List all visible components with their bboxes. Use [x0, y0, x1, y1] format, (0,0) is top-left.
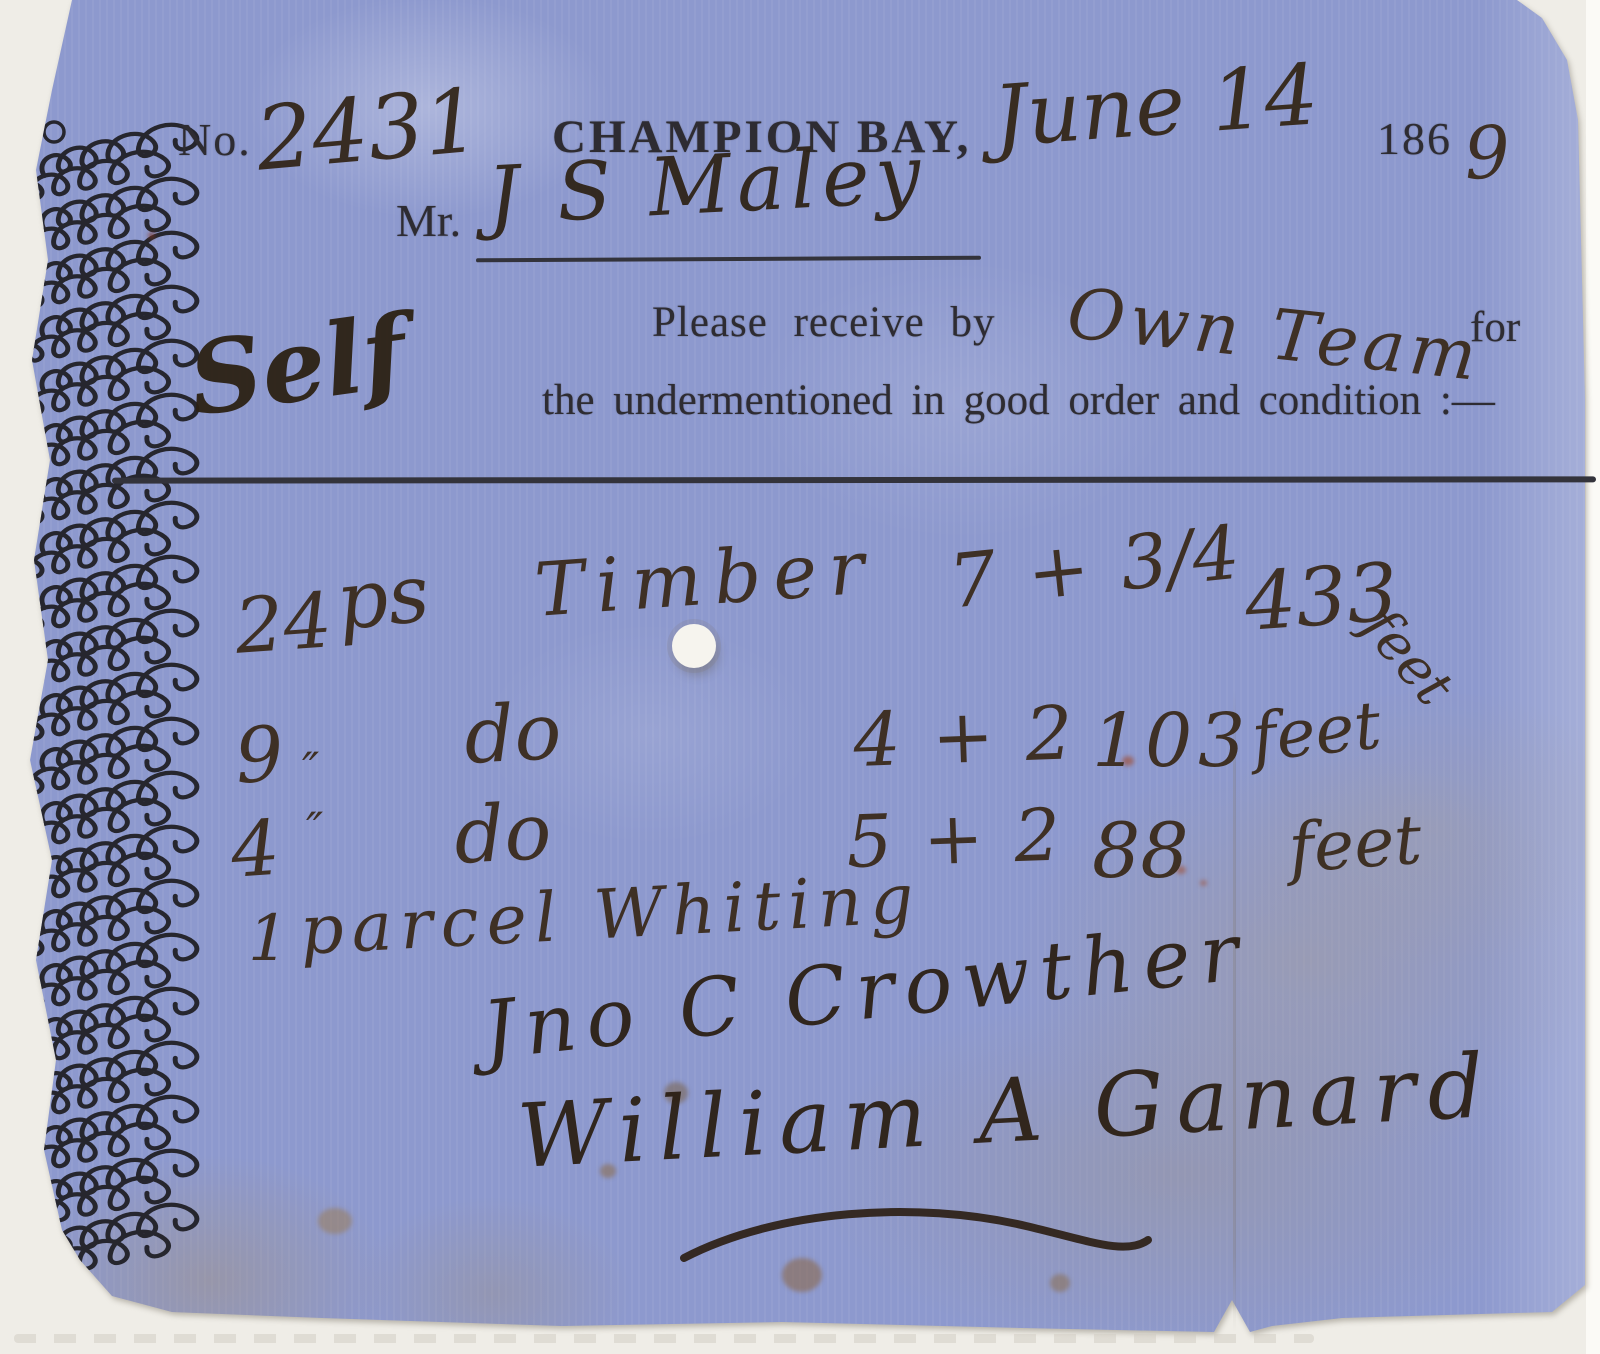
- signature-flourish: [656, 1196, 1176, 1286]
- stain-spot: [318, 1208, 352, 1234]
- item-ditto-mark: ″: [306, 802, 323, 856]
- punch-hole: [672, 624, 716, 668]
- stain-spot: [1200, 880, 1207, 886]
- item-dims: 4 + 2: [852, 690, 1074, 784]
- receive-by-label: Please receive by: [652, 298, 995, 347]
- item-length: 103: [1092, 698, 1251, 784]
- item-qty: 24: [232, 575, 335, 671]
- item-length-unit: feet: [1286, 801, 1424, 889]
- item-ditto-mark: ″: [302, 742, 319, 796]
- item-qty: 9: [232, 709, 286, 801]
- stain-spot: [148, 232, 155, 239]
- year-handwritten: 9: [1462, 110, 1512, 196]
- mr-label: Mr.: [396, 194, 461, 247]
- item-desc: do: [452, 787, 553, 882]
- scanned-receipt: No. CHAMPION BAY, 186 Mr. Please receive…: [0, 0, 1600, 1354]
- item-desc: do: [462, 687, 563, 782]
- receipt-number: 2431: [252, 68, 484, 190]
- year-printed: 186: [1377, 112, 1452, 165]
- counterfoil-loop-border: [16, 118, 296, 1278]
- item-length: 88: [1092, 806, 1189, 895]
- item-qty: 1: [248, 902, 289, 976]
- item-length-unit: feet: [1248, 687, 1384, 777]
- item-unit: ps: [332, 546, 433, 648]
- item-qty: 4: [228, 803, 282, 895]
- paper-crease: [1233, 690, 1236, 1332]
- perforation-marks: [14, 1334, 1314, 1343]
- no-label: No.: [178, 113, 252, 166]
